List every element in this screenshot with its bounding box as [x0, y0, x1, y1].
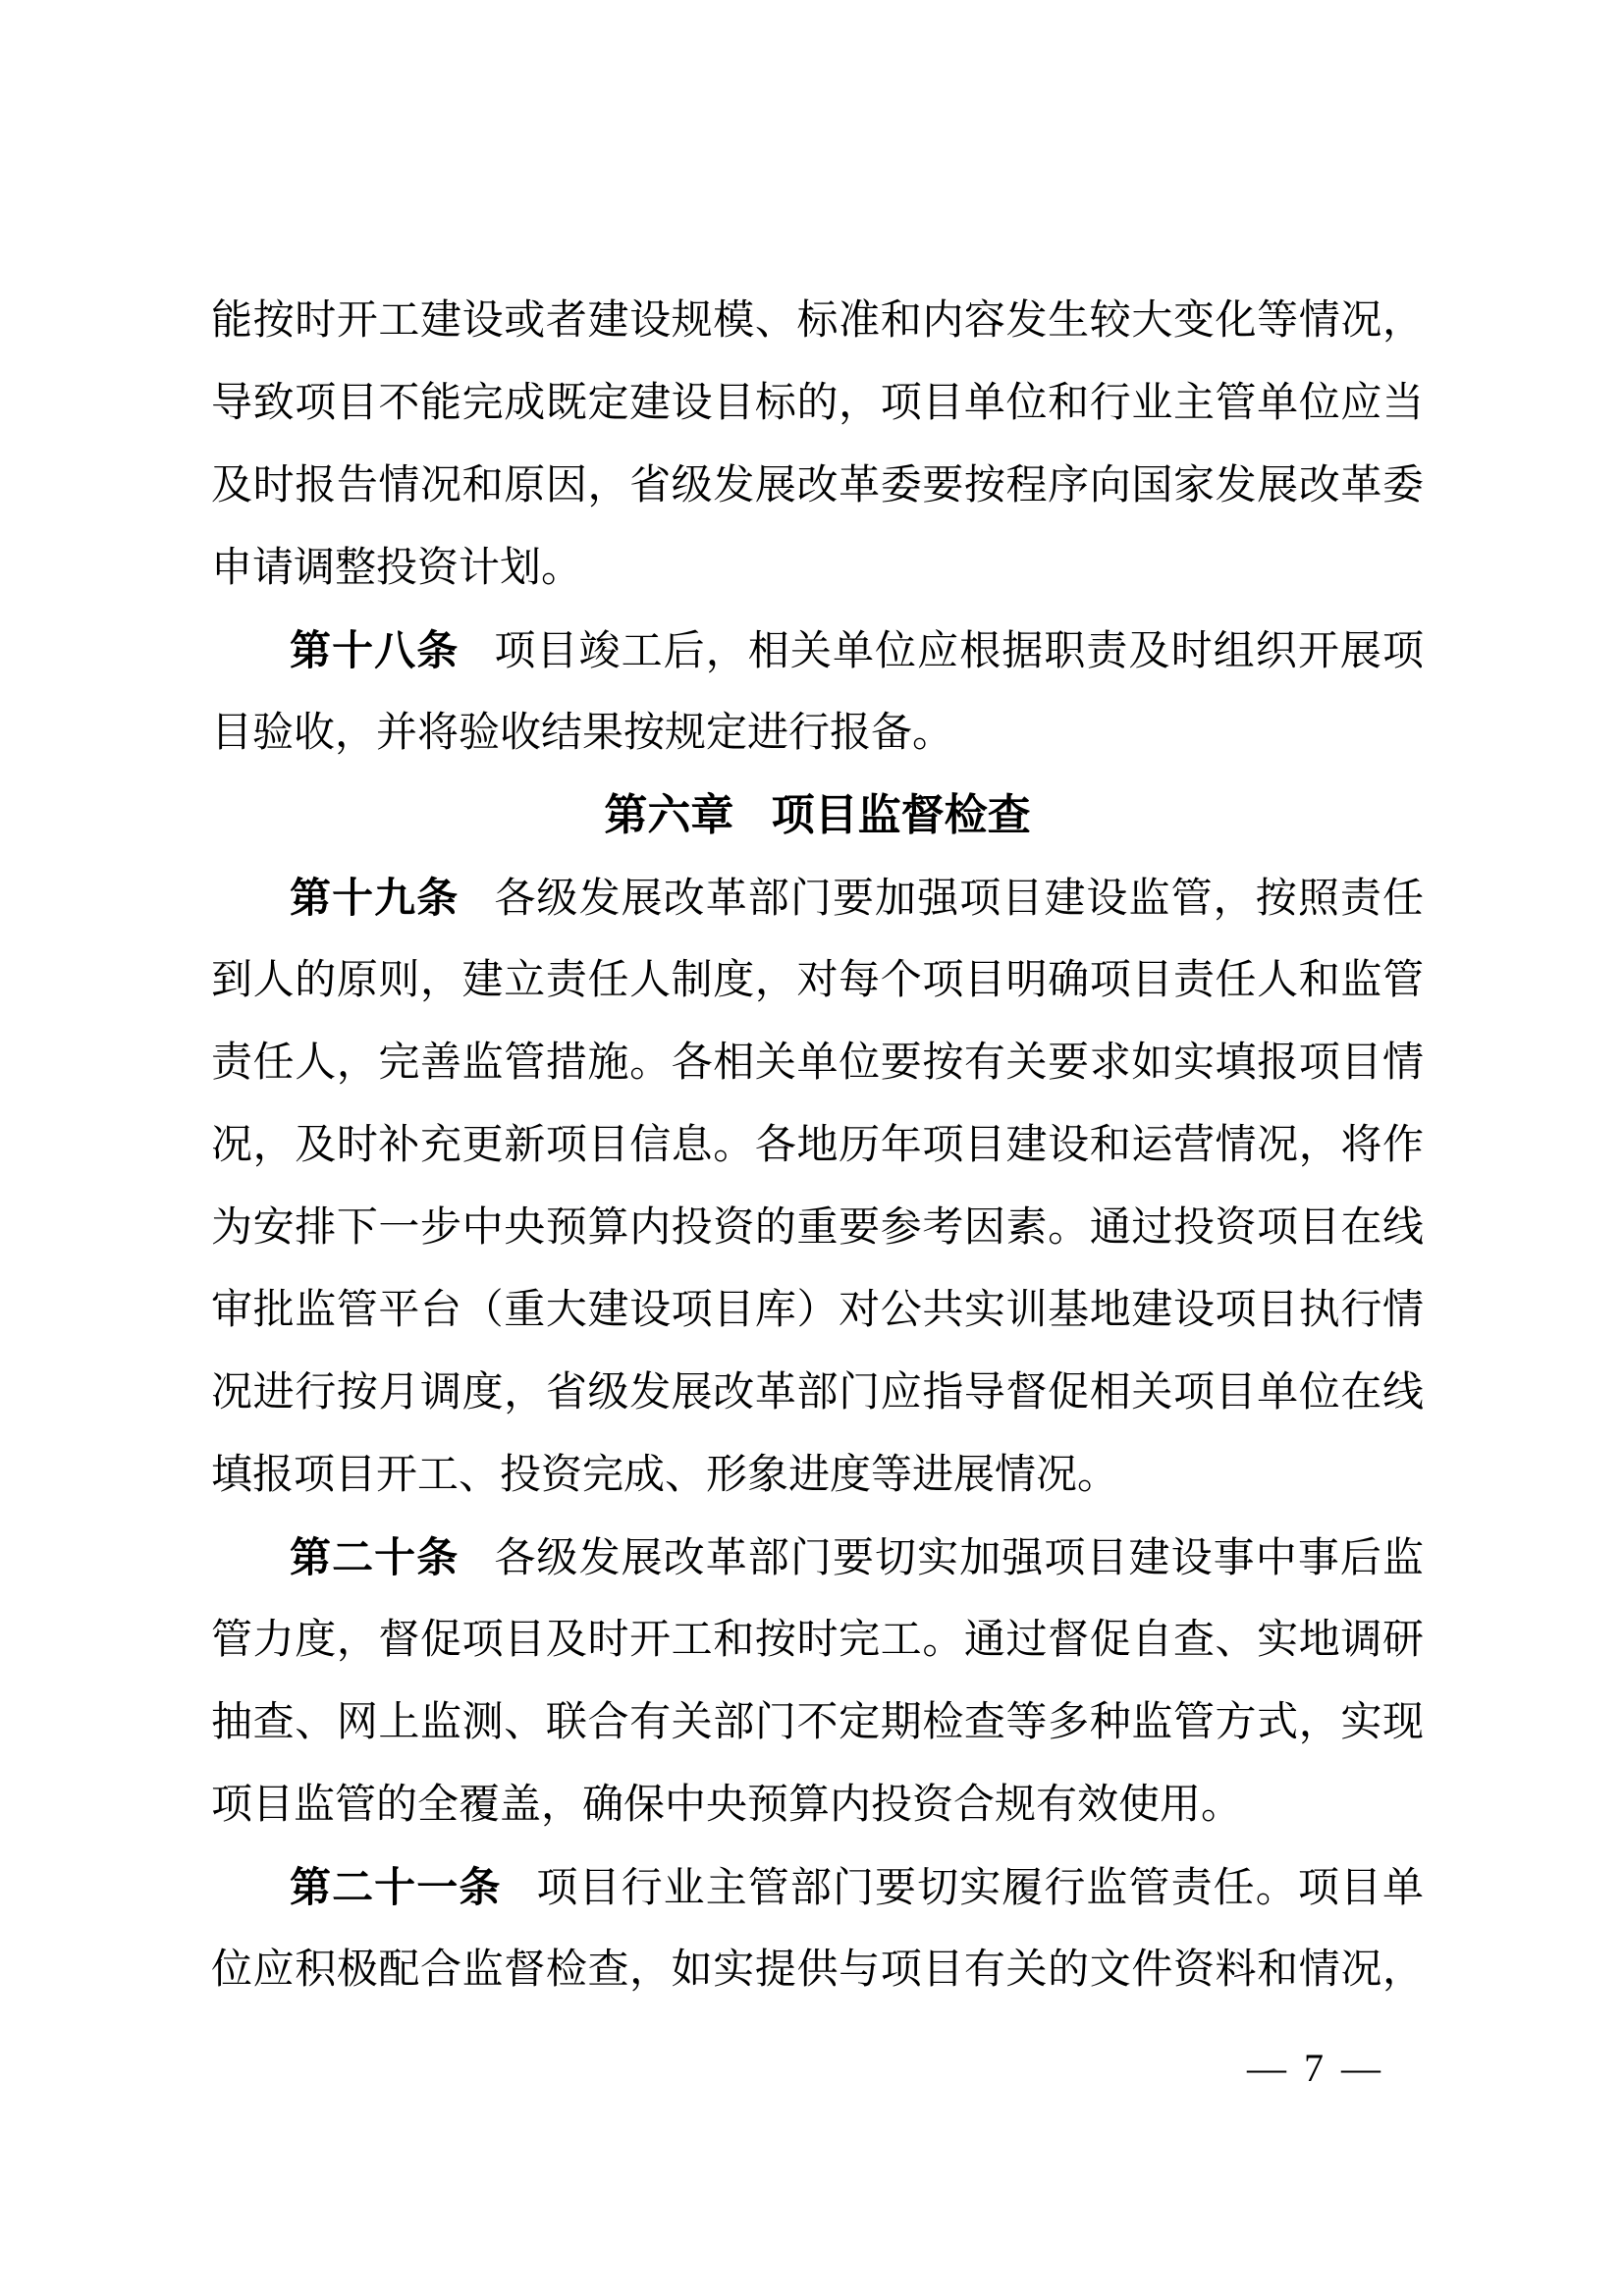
body-line: 管力度，督促项目及时开工和按时完工。通过督促自查、实地调研 [211, 1599, 1424, 1682]
body-line: 抽查、网上监测、联合有关部门不定期检查等多种监管方式，实现 [211, 1682, 1424, 1764]
document-page: 能按时开工建设或者建设规模、标准和内容发生较大变化等情况，导致项目不能完成既定建… [0, 0, 1624, 2296]
body-line: 责任人，完善监管措施。各相关单位要按有关要求如实填报项目情 [211, 1022, 1424, 1104]
body-line: 填报项目开工、投资完成、形象进度等进展情况。 [211, 1434, 1424, 1517]
body-line: 导致项目不能完成既定建设目标的，项目单位和行业主管单位应当 [211, 362, 1424, 445]
body-line: 况进行按月调度，省级发展改革部门应指导督促相关项目单位在线 [211, 1352, 1424, 1434]
text-block: 能按时开工建设或者建设规模、标准和内容发生较大变化等情况，导致项目不能完成既定建… [211, 280, 1424, 2011]
article-number: 第十九条 [290, 875, 459, 921]
body-line: 及时报告情况和原因，省级发展改革委要按程序向国家发展改革委 [211, 445, 1424, 527]
page-number: — 7 — [1247, 2034, 1384, 2103]
body-line: 位应积极配合监督检查，如实提供与项目有关的文件资料和情况， [211, 1929, 1424, 2011]
body-line: 审批监管平台（重大建设项目库）对公共实训基地建设项目执行情 [211, 1269, 1424, 1352]
body-line: 第二十一条项目行业主管部门要切实履行监管责任。项目单 [211, 1846, 1424, 1929]
chapter-heading: 第六章 项目监督检查 [211, 774, 1424, 857]
body-line: 目验收，并将验收结果按规定进行报备。 [211, 692, 1424, 774]
body-line: 为安排下一步中央预算内投资的重要参考因素。通过投资项目在线 [211, 1187, 1424, 1269]
body-line: 能按时开工建设或者建设规模、标准和内容发生较大变化等情况， [211, 280, 1424, 362]
body-line: 到人的原则，建立责任人制度，对每个项目明确项目责任人和监管 [211, 939, 1424, 1022]
article-number: 第二十一条 [290, 1864, 501, 1910]
body-line: 况，及时补充更新项目信息。各地历年项目建设和运营情况，将作 [211, 1104, 1424, 1187]
body-line: 第十八条项目竣工后，相关单位应根据职责及时组织开展项 [211, 610, 1424, 692]
article-number: 第二十条 [290, 1534, 459, 1580]
body-line: 第十九条各级发展改革部门要加强项目建设监管，按照责任 [211, 857, 1424, 939]
body-line: 项目监管的全覆盖，确保中央预算内投资合规有效使用。 [211, 1764, 1424, 1846]
article-number: 第十八条 [290, 627, 459, 673]
body-line: 第二十条各级发展改革部门要切实加强项目建设事中事后监 [211, 1517, 1424, 1599]
body-line: 申请调整投资计划。 [211, 527, 1424, 610]
